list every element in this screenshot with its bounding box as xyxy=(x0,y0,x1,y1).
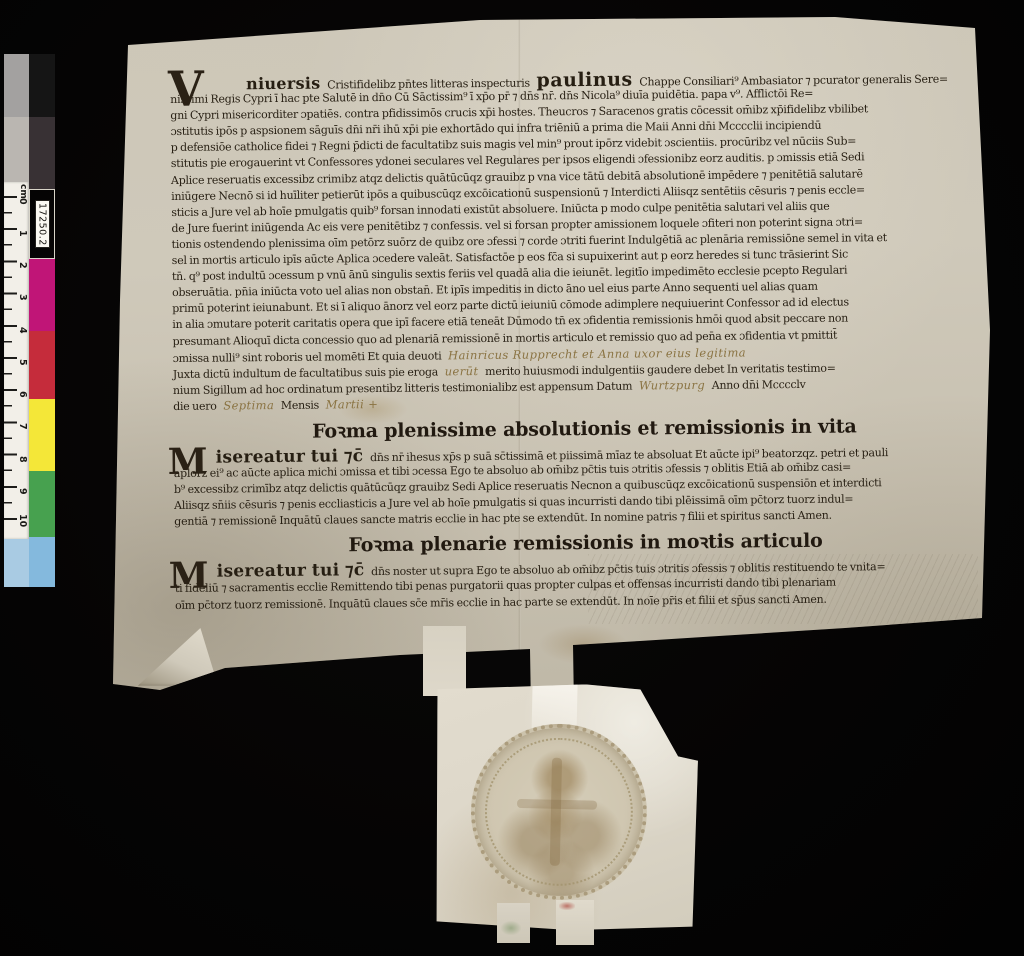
ruler-number: 5 xyxy=(16,359,28,366)
heading-absolution-in-life: Foꝛma plenissime absolutionis et remissi… xyxy=(173,412,995,446)
heading-remission-at-death: Foꝛma plenarie remissionis in moꝛtis art… xyxy=(174,527,996,561)
seal-impression xyxy=(469,722,649,902)
red-tint-mark xyxy=(559,902,575,910)
yellow-patch xyxy=(29,399,55,471)
black-patch xyxy=(29,54,55,117)
printed-text: Mensis xyxy=(281,398,319,411)
printed-text: Juxta dictū indultum de facultatibus sui… xyxy=(173,365,438,381)
green-patch xyxy=(29,471,55,537)
remission-at-death-paragraph: M isereatur tui ⁊c̄ dn̄s noster ut supra… xyxy=(175,557,997,615)
dark-gray-patch xyxy=(29,117,55,189)
ruler-number: 6 xyxy=(16,391,28,398)
ruler-number: 3 xyxy=(16,294,28,301)
printed-text: ɔmissa nulli⁹ sint roboris uel momēti Et… xyxy=(173,349,442,365)
handwritten-month: Martii + xyxy=(326,397,379,412)
indulgence-text: V niuersis Cristifidelibz pn̄tes littera… xyxy=(170,68,997,615)
calibration-color-column: 17250.2 xyxy=(29,54,55,587)
blue-patch-left xyxy=(4,539,29,587)
decorated-initial-V: V xyxy=(168,65,204,114)
printed-text: nium Sigillum ad hoc ordinatum presentib… xyxy=(173,379,632,396)
handwritten-day: Septima xyxy=(223,398,274,412)
handwritten-beneficiary-names: Hainricus Rupprecht et Anna uxor eius le… xyxy=(448,345,746,362)
ruler-number: 0 xyxy=(16,198,28,205)
shelfmark-label: 17250.2 xyxy=(35,200,50,249)
green-tint-mark xyxy=(501,921,521,935)
ruler-number: 8 xyxy=(16,456,28,463)
color-calibration-bar: cm 0 1 2 3 4 5 6 7 8 9 10 17250.2 xyxy=(4,54,55,587)
printed-year: Anno dn̄i Mcccclv xyxy=(712,378,806,392)
parchment-document: V niuersis Cristifidelibz pn̄tes littera… xyxy=(108,14,992,712)
ruler-number: 9 xyxy=(16,488,28,495)
stain xyxy=(538,624,628,664)
grant-paragraph: V niuersis Cristifidelibz pn̄tes littera… xyxy=(170,68,995,414)
folded-corner xyxy=(138,628,218,688)
ruler-number: 10 xyxy=(16,514,28,527)
red-patch xyxy=(29,331,55,399)
handwritten-word: uerūt xyxy=(445,364,479,378)
handwritten-place: Wurtzpurg xyxy=(639,378,705,393)
cm-ruler: cm 0 1 2 3 4 5 6 7 8 9 10 xyxy=(4,182,29,539)
gray-patch-1 xyxy=(4,54,29,117)
seal-tag-strip xyxy=(423,626,466,696)
blue-patch xyxy=(29,537,55,587)
archival-photo: { "photo": { "background_color": "#05040… xyxy=(0,0,1024,956)
ruler-number: 4 xyxy=(16,327,28,334)
ruler-number: 7 xyxy=(16,423,28,430)
shelfmark-sticker: 17250.2 xyxy=(29,189,55,259)
magenta-patch xyxy=(29,259,55,331)
seal-bottom-tab-left xyxy=(497,903,530,943)
printed-text: die uero xyxy=(173,399,217,412)
seal-paper xyxy=(430,681,701,933)
gray-patch-2 xyxy=(4,117,29,182)
ruler-ticks-short xyxy=(4,212,12,522)
seal-cross-motif xyxy=(517,799,597,810)
ruler-number: 2 xyxy=(16,262,28,269)
decorated-initial-M: M xyxy=(169,558,209,594)
absolution-in-life-paragraph: M isereatur tui ⁊c̄ dn̄s nr̄ ihesus xp̄s… xyxy=(174,442,997,530)
seal-bottom-tab-right xyxy=(556,900,594,945)
calibration-gray-column: cm 0 1 2 3 4 5 6 7 8 9 10 xyxy=(4,54,29,587)
decorated-initial-M: M xyxy=(168,444,208,480)
ruler-number: 1 xyxy=(16,230,28,237)
ruler-unit-label: cm xyxy=(16,184,28,199)
